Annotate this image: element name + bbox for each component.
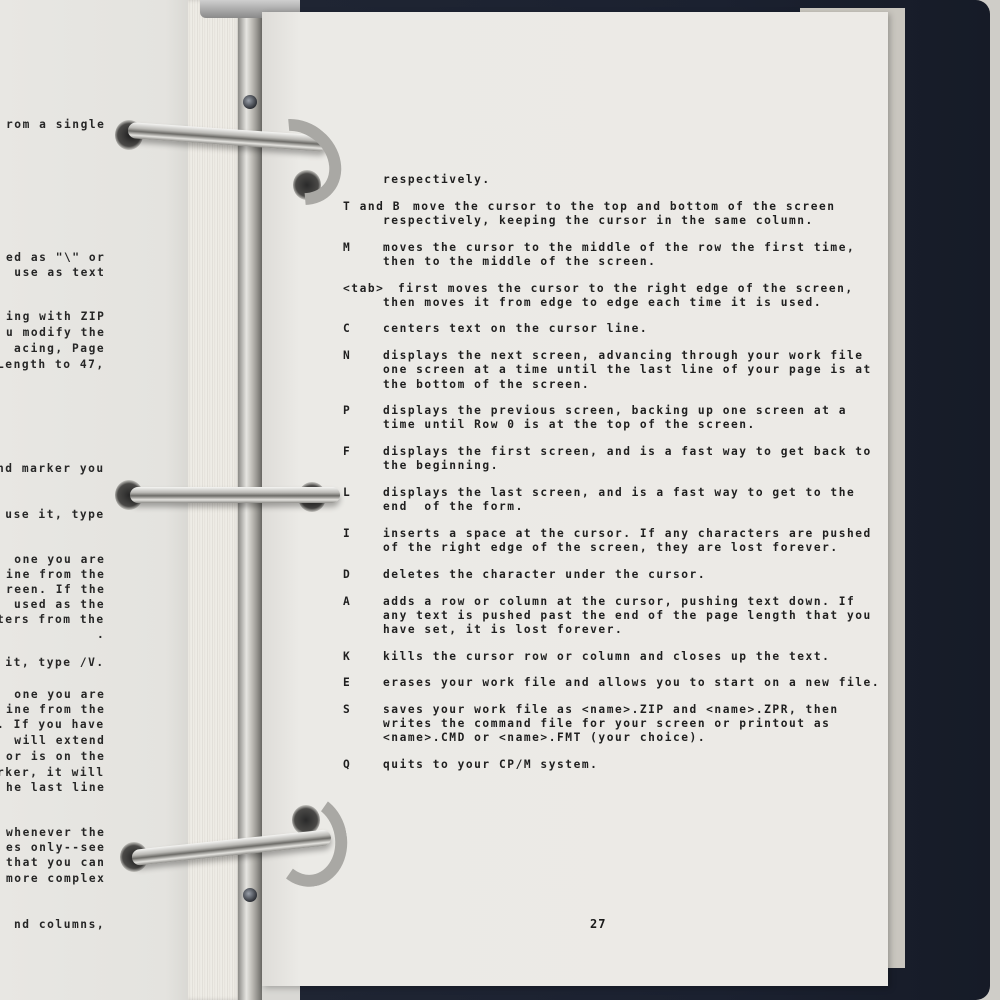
left-page-text-line: more complex	[6, 871, 105, 886]
left-page-text-line: use as text	[6, 265, 105, 280]
command-key: P	[343, 403, 351, 418]
continuation-text: respectively.	[383, 172, 491, 187]
command-key: C	[343, 321, 351, 336]
command-key: D	[343, 567, 351, 582]
command-key: K	[343, 649, 351, 664]
command-description-line: displays the last screen, and is a fast …	[383, 485, 855, 500]
left-page-text-line: one you are	[6, 687, 105, 702]
left-page-text-line: rom a single	[6, 117, 105, 132]
left-page-text-line: u modify the	[6, 325, 105, 340]
command-description-line: quits to your CP/M system.	[383, 757, 598, 772]
command-description-line: kills the cursor row or column and close…	[383, 649, 830, 664]
left-page-text-line: will extend	[6, 733, 105, 748]
left-page-text-line: reen. If the	[6, 582, 105, 597]
command-description-line: deletes the character under the cursor.	[383, 567, 706, 582]
command-description-line: erases your work file and allows you to …	[383, 675, 880, 690]
left-page-text-line: whenever the	[6, 825, 105, 840]
binder-ring-middle	[130, 487, 340, 503]
command-key: L	[343, 485, 351, 500]
left-page-text-line: ine from the	[6, 702, 105, 717]
command-key: S	[343, 702, 351, 717]
command-key: M	[343, 240, 351, 255]
left-page-text-line: that you can	[6, 855, 105, 870]
command-description-line: displays the next screen, advancing thro…	[383, 348, 864, 363]
command-description-line: move the cursor to the top and bottom of…	[413, 199, 836, 214]
left-page-text-line: used as the	[14, 597, 105, 612]
command-description-line: one screen at a time until the last line…	[383, 362, 872, 377]
command-key: N	[343, 348, 351, 363]
command-description-line: time until Row 0 is at the top of the sc…	[383, 417, 756, 432]
command-description-line: have set, it is lost forever.	[383, 622, 623, 637]
command-key: <tab>	[343, 281, 384, 296]
left-page-text-line: .	[97, 627, 105, 642]
left-page-text-line: ed as "\" or	[6, 250, 105, 265]
left-page-text-line: one you are	[6, 552, 105, 567]
command-key: F	[343, 444, 351, 459]
command-key: I	[343, 526, 351, 541]
left-page-text-line: nd marker you	[0, 461, 105, 476]
command-key: A	[343, 594, 351, 609]
command-description-line: first moves the cursor to the right edge…	[398, 281, 854, 296]
left-page-text-line: . If you have	[0, 717, 105, 732]
command-description-line: saves your work file as <name>.ZIP and <…	[383, 702, 839, 717]
command-description-line: then to the middle of the screen.	[383, 254, 656, 269]
left-page-text-line: use it, type	[0, 507, 105, 522]
left-page-text-line: acing, Page	[14, 341, 105, 356]
command-key: T and B	[343, 199, 401, 214]
left-page-text-line: ing with ZIP	[6, 309, 105, 324]
left-page-text-line: ters from the	[0, 612, 105, 627]
command-description-line: the bottom of the screen.	[383, 377, 590, 392]
command-description-line: any text is pushed past the end of the p…	[383, 608, 872, 623]
command-description-line: end of the form.	[383, 499, 524, 514]
left-page-text-line: rker, it will	[0, 765, 105, 780]
left-page-text-line: or is on the	[6, 749, 105, 764]
left-page-text-line: it, type /V.	[0, 655, 105, 670]
command-description-line: displays the previous screen, backing up…	[383, 403, 847, 418]
left-page-text-line: Length to 47,	[0, 357, 105, 372]
command-description-line: <name>.CMD or <name>.FMT (your choice).	[383, 730, 706, 745]
left-page-text-line: he last line	[6, 780, 105, 795]
command-description-line: then moves it from edge to edge each tim…	[383, 295, 822, 310]
command-description-line: adds a row or column at the cursor, push…	[383, 594, 855, 609]
left-page-text-line: nd columns,	[14, 917, 105, 932]
left-page-text-line: ine from the	[6, 567, 105, 582]
command-description-line: the beginning.	[383, 458, 499, 473]
command-description-line: centers text on the cursor line.	[383, 321, 648, 336]
command-key: E	[343, 675, 351, 690]
rivet	[243, 888, 257, 902]
command-description-line: displays the first screen, and is a fast…	[383, 444, 872, 459]
command-description-line: inserts a space at the cursor. If any ch…	[383, 526, 872, 541]
command-description-line: writes the command file for your screen …	[383, 716, 830, 731]
page-number: 27	[590, 917, 606, 931]
command-key: Q	[343, 757, 351, 772]
rivet	[243, 95, 257, 109]
left-page-text-line: es only--see	[6, 840, 105, 855]
command-description-line: respectively, keeping the cursor in the …	[383, 213, 814, 228]
command-description-line: of the right edge of the screen, they ar…	[383, 540, 839, 555]
command-description-line: moves the cursor to the middle of the ro…	[383, 240, 855, 255]
